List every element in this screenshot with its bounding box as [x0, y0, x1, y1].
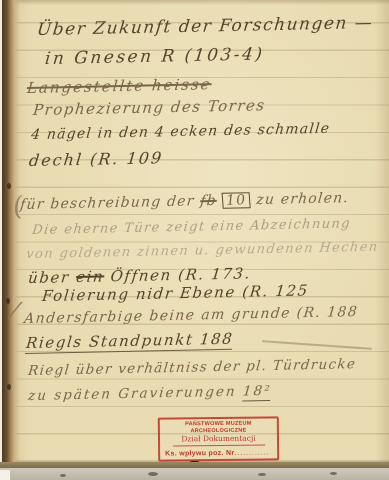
stamp-institution-name: PAŃSTWOWE MUZEUM ARCHEOLOGICZNE	[160, 420, 277, 435]
edge-smudge	[148, 472, 158, 476]
archive-stamp: PAŃSTWOWE MUZEUM ARCHEOLOGICZNE Dział Do…	[158, 416, 279, 461]
edge-smudge	[330, 472, 337, 475]
binding-edge	[0, 0, 20, 466]
stamp-department-name: Dział Dokumentacji	[172, 434, 264, 446]
binding-speck	[6, 298, 10, 304]
line-15-underlined-number: 18²	[242, 383, 272, 402]
line-10-struck-word: ein	[75, 267, 105, 286]
line-10-text: über	[27, 268, 77, 287]
edge-smudge	[60, 474, 66, 477]
stamp-register-label: Ks. wpływu poz. Nr............	[165, 449, 277, 457]
handwritten-line-6: dechl (R. 109	[28, 148, 164, 170]
page-stack-strip	[0, 468, 389, 480]
stamp-dotted-line: ............	[234, 449, 269, 456]
edge-smudge	[258, 473, 266, 476]
line-7-boxed-number: 10	[222, 192, 251, 209]
handwritten-line-13: Riegls Standpunkt 188	[25, 330, 234, 352]
line-7-struck-word: fb	[199, 193, 217, 209]
scanned-notebook-page: Über Zukunft der Forschungen — in Gnesen…	[0, 0, 389, 480]
binding-speck	[7, 183, 11, 189]
scan-corner-sliver	[0, 470, 10, 480]
binding-speck	[7, 384, 11, 390]
line-7-text-end: zu erholen.	[250, 190, 350, 208]
stamp-register-text: Ks. wpływu poz. Nr	[165, 450, 234, 458]
